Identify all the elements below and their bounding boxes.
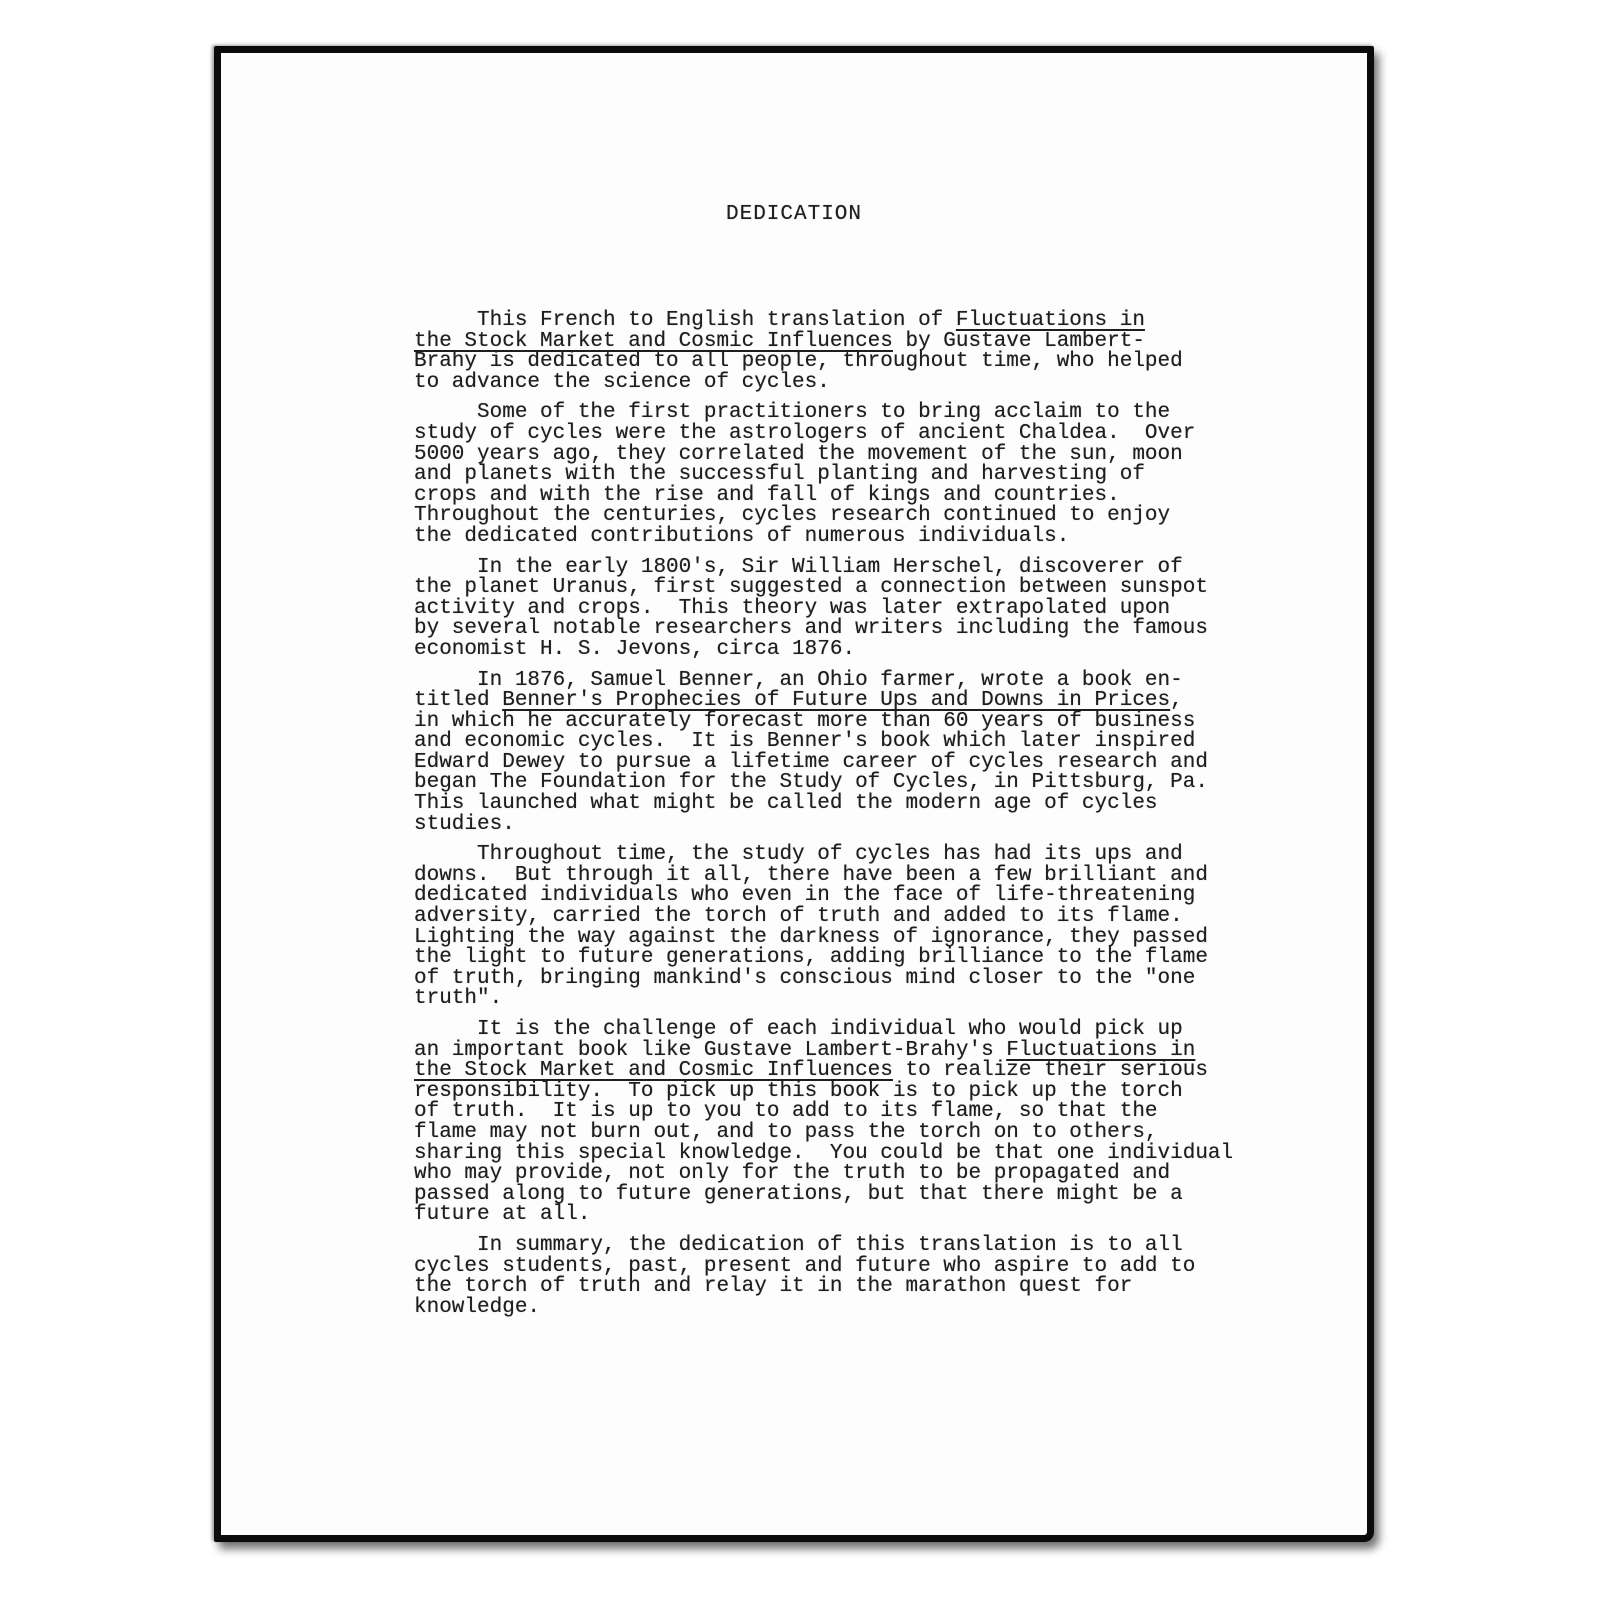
paragraph: In the early 1800's, Sir William Hersche… <box>414 558 1274 661</box>
text-segment: cycles students, past, present and futur… <box>414 1255 1195 1278</box>
text-line: of truth. It is up to you to add to its … <box>414 1102 1274 1123</box>
text-line: 5000 years ago, they correlated the move… <box>414 445 1274 466</box>
underlined-text: the Stock Market and Cosmic Influences <box>414 330 893 353</box>
text-line: who may provide, not only for the truth … <box>414 1164 1274 1185</box>
text-line: an important book like Gustave Lambert-B… <box>414 1041 1274 1062</box>
text-segment: In summary, the dedication of this trans… <box>414 1234 1183 1257</box>
text-segment: truth". <box>414 987 502 1010</box>
text-segment: and planets with the successful planting… <box>414 463 1145 486</box>
text-line: Throughout time, the study of cycles has… <box>414 845 1274 866</box>
text-segment: economist H. S. Jevons, circa 1876. <box>414 638 855 661</box>
text-segment: 5000 years ago, they correlated the move… <box>414 443 1183 466</box>
text-segment: sharing this special knowledge. You coul… <box>414 1142 1233 1165</box>
text-line: titled Benner's Prophecies of Future Ups… <box>414 691 1274 712</box>
text-segment: titled <box>414 689 502 712</box>
text-segment: who may provide, not only for the truth … <box>414 1162 1170 1185</box>
text-line: This French to English translation of Fl… <box>414 311 1274 332</box>
text-segment: to advance the science of cycles. <box>414 371 830 394</box>
text-segment: an important book like Gustave Lambert-B… <box>414 1039 1006 1062</box>
text-segment: Some of the first practitioners to bring… <box>414 401 1170 424</box>
text-line: began The Foundation for the Study of Cy… <box>414 773 1274 794</box>
text-line: Lighting the way against the darkness of… <box>414 928 1274 949</box>
text-segment: Edward Dewey to pursue a lifetime career… <box>414 751 1208 774</box>
text-segment: downs. But through it all, there have be… <box>414 864 1208 887</box>
underlined-text: Fluctuations in <box>956 309 1145 332</box>
document-page: DEDICATION This French to English transl… <box>214 46 1374 1542</box>
page-title: DEDICATION <box>221 203 1367 226</box>
text-line: In the early 1800's, Sir William Hersche… <box>414 558 1274 579</box>
text-line: study of cycles were the astrologers of … <box>414 424 1274 445</box>
paragraph: In summary, the dedication of this trans… <box>414 1236 1274 1318</box>
text-line: dedicated individuals who even in the fa… <box>414 886 1274 907</box>
text-line: cycles students, past, present and futur… <box>414 1257 1274 1278</box>
text-line: It is the challenge of each individual w… <box>414 1020 1274 1041</box>
text-line: economist H. S. Jevons, circa 1876. <box>414 640 1274 661</box>
text-line: of truth, bringing mankind's conscious m… <box>414 969 1274 990</box>
text-line: knowledge. <box>414 1298 1274 1319</box>
text-segment: It is the challenge of each individual w… <box>414 1018 1183 1041</box>
text-line: responsibility. To pick up this book is … <box>414 1082 1274 1103</box>
text-line: crops and with the rise and fall of king… <box>414 486 1274 507</box>
underlined-text: Benner's Prophecies of Future Ups and Do… <box>502 689 1170 712</box>
underlined-text: the Stock Market and Cosmic Influences <box>414 1059 893 1082</box>
text-line: the Stock Market and Cosmic Influences b… <box>414 332 1274 353</box>
text-segment: the torch of truth and relay it in the m… <box>414 1275 1132 1298</box>
text-segment: knowledge. <box>414 1296 540 1319</box>
text-segment: Brahy is dedicated to all people, throug… <box>414 350 1183 373</box>
document-body: This French to English translation of Fl… <box>414 311 1274 1328</box>
text-line: activity and crops. This theory was late… <box>414 599 1274 620</box>
scan-background: DEDICATION This French to English transl… <box>0 0 1600 1600</box>
text-segment: Lighting the way against the darkness of… <box>414 926 1208 949</box>
text-line: the planet Uranus, first suggested a con… <box>414 578 1274 599</box>
text-segment: by Gustave Lambert- <box>893 330 1145 353</box>
text-line: Edward Dewey to pursue a lifetime career… <box>414 753 1274 774</box>
text-line: downs. But through it all, there have be… <box>414 866 1274 887</box>
text-line: Some of the first practitioners to bring… <box>414 403 1274 424</box>
text-segment: Throughout time, the study of cycles has… <box>414 843 1183 866</box>
paragraph: Throughout time, the study of cycles has… <box>414 845 1274 1010</box>
text-segment: by several notable researchers and write… <box>414 617 1208 640</box>
text-segment: studies. <box>414 813 515 836</box>
text-line: studies. <box>414 815 1274 836</box>
text-segment: This launched what might be called the m… <box>414 792 1158 815</box>
text-segment: the dedicated contributions of numerous … <box>414 525 1069 548</box>
text-line: flame may not burn out, and to pass the … <box>414 1123 1274 1144</box>
text-line: adversity, carried the torch of truth an… <box>414 907 1274 928</box>
paragraph: This French to English translation of Fl… <box>414 311 1274 393</box>
text-line: to advance the science of cycles. <box>414 373 1274 394</box>
text-segment: of truth, bringing mankind's conscious m… <box>414 967 1195 990</box>
text-line: truth". <box>414 989 1274 1010</box>
paragraph: In 1876, Samuel Benner, an Ohio farmer, … <box>414 671 1274 836</box>
text-segment: of truth. It is up to you to add to its … <box>414 1100 1158 1123</box>
text-line: sharing this special knowledge. You coul… <box>414 1144 1274 1165</box>
text-segment: flame may not burn out, and to pass the … <box>414 1121 1158 1144</box>
text-line: Throughout the centuries, cycles researc… <box>414 506 1274 527</box>
text-segment: In 1876, Samuel Benner, an Ohio farmer, … <box>414 669 1183 692</box>
text-line: the Stock Market and Cosmic Influences t… <box>414 1061 1274 1082</box>
paragraph: Some of the first practitioners to bring… <box>414 403 1274 547</box>
text-line: passed along to future generations, but … <box>414 1185 1274 1206</box>
text-segment: crops and with the rise and fall of king… <box>414 484 1120 507</box>
text-line: future at all. <box>414 1205 1274 1226</box>
underlined-text: Fluctuations in <box>1006 1039 1195 1062</box>
text-line: and economic cycles. It is Benner's book… <box>414 732 1274 753</box>
text-segment: dedicated individuals who even in the fa… <box>414 884 1195 907</box>
text-segment: the light to future generations, adding … <box>414 946 1208 969</box>
text-line: This launched what might be called the m… <box>414 794 1274 815</box>
text-segment: , <box>1170 689 1183 712</box>
text-segment: This French to English translation of <box>414 309 956 332</box>
text-segment: and economic cycles. It is Benner's book… <box>414 730 1195 753</box>
text-segment: to realize their serious <box>893 1059 1208 1082</box>
text-line: and planets with the successful planting… <box>414 465 1274 486</box>
text-line: In 1876, Samuel Benner, an Ohio farmer, … <box>414 671 1274 692</box>
text-line: the dedicated contributions of numerous … <box>414 527 1274 548</box>
text-segment: passed along to future generations, but … <box>414 1183 1183 1206</box>
text-line: by several notable researchers and write… <box>414 619 1274 640</box>
text-segment: activity and crops. This theory was late… <box>414 597 1170 620</box>
paragraph: It is the challenge of each individual w… <box>414 1020 1274 1226</box>
text-line: Brahy is dedicated to all people, throug… <box>414 352 1274 373</box>
text-segment: in which he accurately forecast more tha… <box>414 710 1195 733</box>
text-line: in which he accurately forecast more tha… <box>414 712 1274 733</box>
text-segment: study of cycles were the astrologers of … <box>414 422 1195 445</box>
text-segment: In the early 1800's, Sir William Hersche… <box>414 556 1183 579</box>
text-segment: future at all. <box>414 1203 590 1226</box>
text-segment: responsibility. To pick up this book is … <box>414 1080 1183 1103</box>
text-segment: began The Foundation for the Study of Cy… <box>414 771 1208 794</box>
text-line: the light to future generations, adding … <box>414 948 1274 969</box>
text-segment: Throughout the centuries, cycles researc… <box>414 504 1170 527</box>
text-segment: adversity, carried the torch of truth an… <box>414 905 1183 928</box>
text-line: the torch of truth and relay it in the m… <box>414 1277 1274 1298</box>
text-line: In summary, the dedication of this trans… <box>414 1236 1274 1257</box>
text-segment: the planet Uranus, first suggested a con… <box>414 576 1208 599</box>
